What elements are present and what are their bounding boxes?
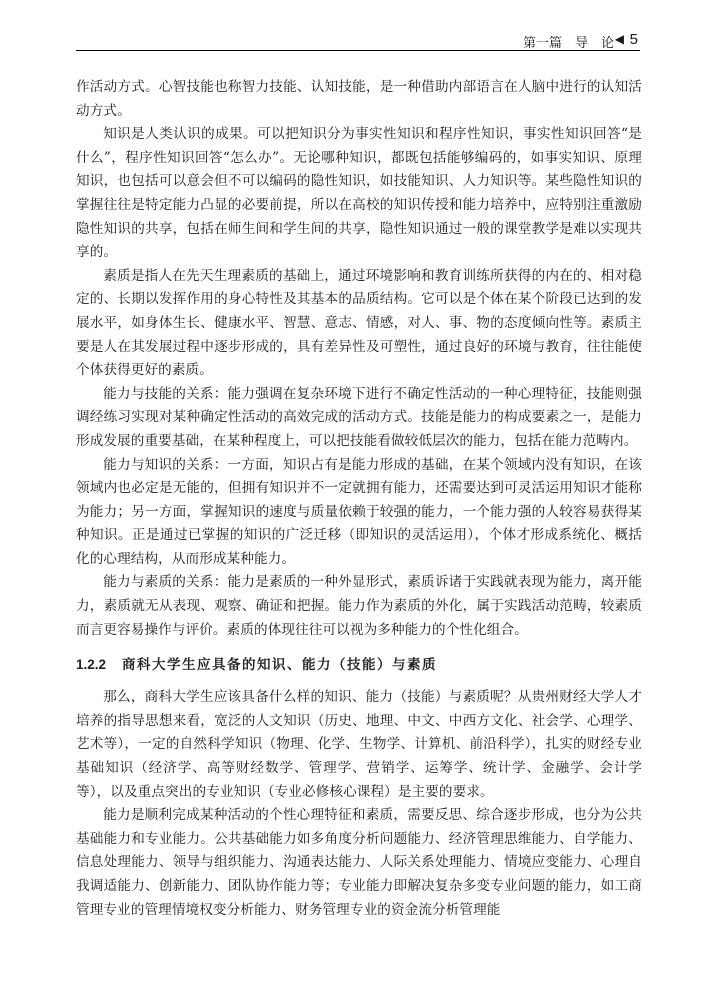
body-paragraph: 知识是人类认识的成果。可以把知识分为事实性知识和程序性知识，事实性知识回答“是什… xyxy=(76,123,642,265)
section-heading: 1.2.2商科大学生应具备的知识、能力（技能）与素质 xyxy=(76,654,642,676)
body-paragraph: 能力与知识的关系：一方面，知识占有是能力形成的基础，在某个领域内没有知识，在该领… xyxy=(76,454,642,572)
body-paragraph: 那么，商科大学生应该具备什么样的知识、能力（技能）与素质呢？从贵州财经大学人才培… xyxy=(76,686,642,804)
section-title: 商科大学生应具备的知识、能力（技能）与素质 xyxy=(122,657,437,673)
body-paragraph: 作活动方式。心智技能也称智力技能、认知技能，是一种借助内部语言在人脑中进行的认知… xyxy=(76,76,642,123)
page-header: 第一篇 导 论 ◀ 5 xyxy=(76,30,640,51)
running-header-chapter: 第一篇 导 论 xyxy=(523,32,614,51)
page-body: 作活动方式。心智技能也称智力技能、认知技能，是一种借助内部语言在人脑中进行的认知… xyxy=(76,76,642,922)
body-paragraph: 能力与素质的关系：能力是素质的一种外显形式，素质诉诸于实践就表现为能力，离开能力… xyxy=(76,571,642,642)
body-paragraph: 能力与技能的关系：能力强调在复杂环境下进行不确定性活动的一种心理特征，技能则强调… xyxy=(76,383,642,454)
left-triangle-icon: ◀ xyxy=(615,32,624,46)
section-number: 1.2.2 xyxy=(76,654,122,676)
page-number: 5 xyxy=(630,31,638,48)
body-paragraph: 能力是顺利完成某种活动的个性心理特征和素质，需要反思、综合逐步形成，也分为公共基… xyxy=(76,804,642,922)
body-paragraph: 素质是指人在先天生理素质的基础上，通过环境影响和教育训练所获得的内在的、相对稳定… xyxy=(76,265,642,383)
